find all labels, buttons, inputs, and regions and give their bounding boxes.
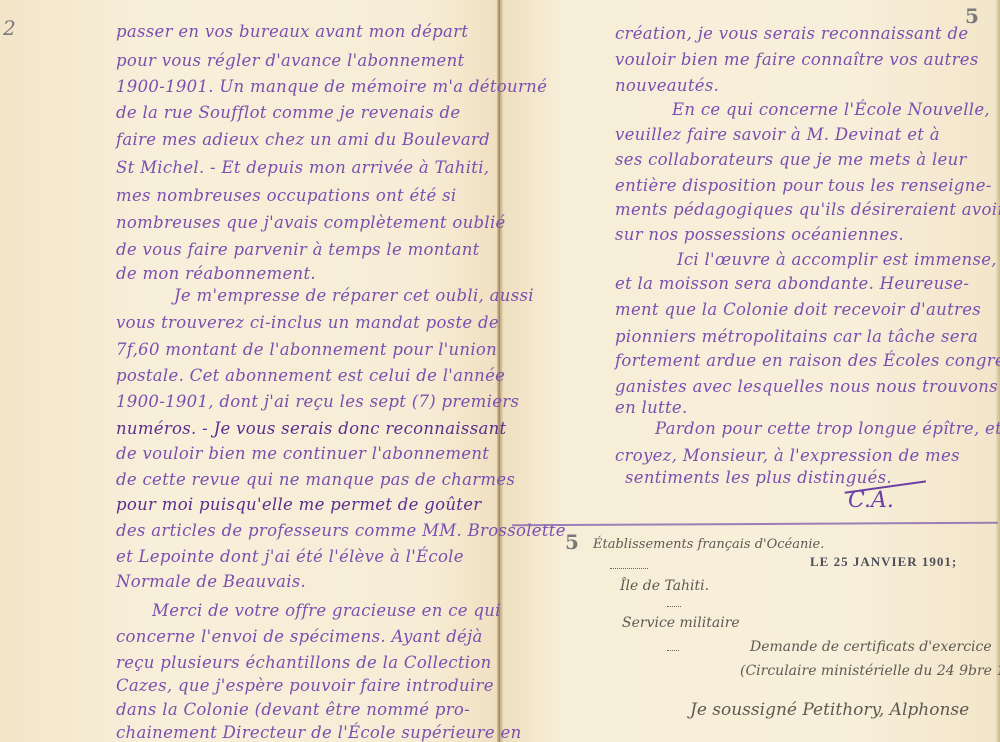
text-line: fortement ardue en raison des Écoles con… — [615, 351, 1000, 370]
text-line: mes nombreuses occupations ont été si — [116, 186, 456, 205]
form-entry-number: 5 — [565, 530, 579, 554]
text-line: Normale de Beauvais. — [116, 572, 306, 591]
text-line: 1900-1901. Un manque de mémoire m'a déto… — [116, 77, 547, 96]
text-line: 7f,60 montant de l'abonnement pour l'uni… — [116, 340, 497, 359]
date-stamp: LE 25 JANVIER 1901; — [810, 554, 957, 570]
text-line: ment que la Colonie doit recevoir d'autr… — [615, 300, 981, 319]
text-line: pour moi puisqu'elle me permet de goûter — [116, 495, 481, 514]
ornament-line — [667, 606, 681, 608]
text-line: nouveautés. — [615, 76, 719, 95]
text-line: de cette revue qui ne manque pas de char… — [116, 470, 515, 489]
text-line: de vouloir bien me continuer l'abonnemen… — [116, 444, 489, 463]
text-line: en lutte. — [615, 398, 688, 417]
text-line: reçu plusieurs échantillons de la Collec… — [116, 653, 492, 672]
text-line: de mon réabonnement. — [116, 264, 316, 283]
text-line: des articles de professeurs comme MM. Br… — [116, 521, 566, 540]
text-line: ments pédagogiques qu'ils désireraient a… — [615, 200, 1000, 219]
text-line: numéros. - Je vous serais donc reconnais… — [116, 419, 506, 438]
form-declarant: Je soussigné Petithory, Alphonse — [690, 700, 969, 720]
form-reference: (Circulaire ministérielle du 24 9bre 189… — [740, 663, 1000, 679]
text-line: sentiments les plus distingués. — [625, 468, 892, 487]
text-line: nombreuses que j'avais complètement oubl… — [116, 213, 506, 232]
text-line: Ici l'œuvre à accomplir est immense, — [677, 250, 997, 269]
text-line: dans la Colonie (devant être nommé pro- — [116, 700, 470, 719]
text-line: croyez, Monsieur, à l'expression de mes — [615, 446, 960, 465]
ornament-line — [610, 568, 648, 570]
text-line: pionniers métropolitains car la tâche se… — [615, 327, 978, 346]
text-line: En ce qui concerne l'École Nouvelle, — [672, 100, 990, 119]
text-line: de la rue Soufflot comme je revenais de — [116, 103, 460, 122]
form-service: Service militaire — [622, 615, 740, 631]
text-line: St Michel. - Et depuis mon arrivée à Tah… — [116, 158, 489, 177]
text-line: passer en vos bureaux avant mon départ — [116, 22, 468, 41]
text-line: Je m'empresse de réparer cet oubli, auss… — [174, 286, 534, 305]
text-line: faire mes adieux chez un ami du Boulevar… — [116, 130, 490, 149]
text-line: ses collaborateurs que je me mets à leur — [615, 150, 967, 169]
text-line: vouloir bien me faire connaître vos autr… — [615, 50, 979, 69]
text-line: 1900-1901, dont j'ai reçu les sept (7) p… — [116, 392, 519, 411]
text-line: concerne l'envoi de spécimens. Ayant déj… — [116, 627, 483, 646]
text-line: vous trouverez ci-inclus un mandat poste… — [116, 313, 499, 332]
ornament-line — [667, 650, 679, 652]
form-island: Île de Tahiti. — [620, 578, 709, 594]
text-line: et Lepointe dont j'ai été l'élève à l'Éc… — [116, 547, 464, 566]
text-line: postale. Cet abonnement est celui de l'a… — [116, 366, 505, 385]
text-line: de vous faire parvenir à temps le montan… — [116, 240, 480, 259]
text-line: Cazes, que j'espère pouvoir faire introd… — [116, 676, 494, 695]
left-page-number: 2 — [3, 16, 16, 40]
text-line: veuillez faire savoir à M. Devinat et à — [615, 125, 940, 144]
text-line: création, je vous serais reconnaissant d… — [615, 24, 968, 43]
text-line: ganistes avec lesquelles nous nous trouv… — [615, 377, 998, 396]
page-edge — [996, 0, 1000, 742]
form-header: Établissements français d'Océanie. — [593, 537, 824, 552]
text-line: Pardon pour cette trop longue épître, et — [655, 419, 1000, 438]
form-subject: Demande de certificats d'exercice — [750, 639, 992, 655]
text-line: sur nos possessions océaniennes. — [615, 225, 904, 244]
text-line: Merci de votre offre gracieuse en ce qui — [152, 601, 501, 620]
text-line: pour vous régler d'avance l'abonnement — [116, 51, 464, 70]
text-line: et la moisson sera abondante. Heureuse- — [615, 274, 969, 293]
text-line: chainement Directeur de l'École supérieu… — [116, 723, 522, 742]
text-line: entière disposition pour tous les rensei… — [615, 176, 992, 195]
